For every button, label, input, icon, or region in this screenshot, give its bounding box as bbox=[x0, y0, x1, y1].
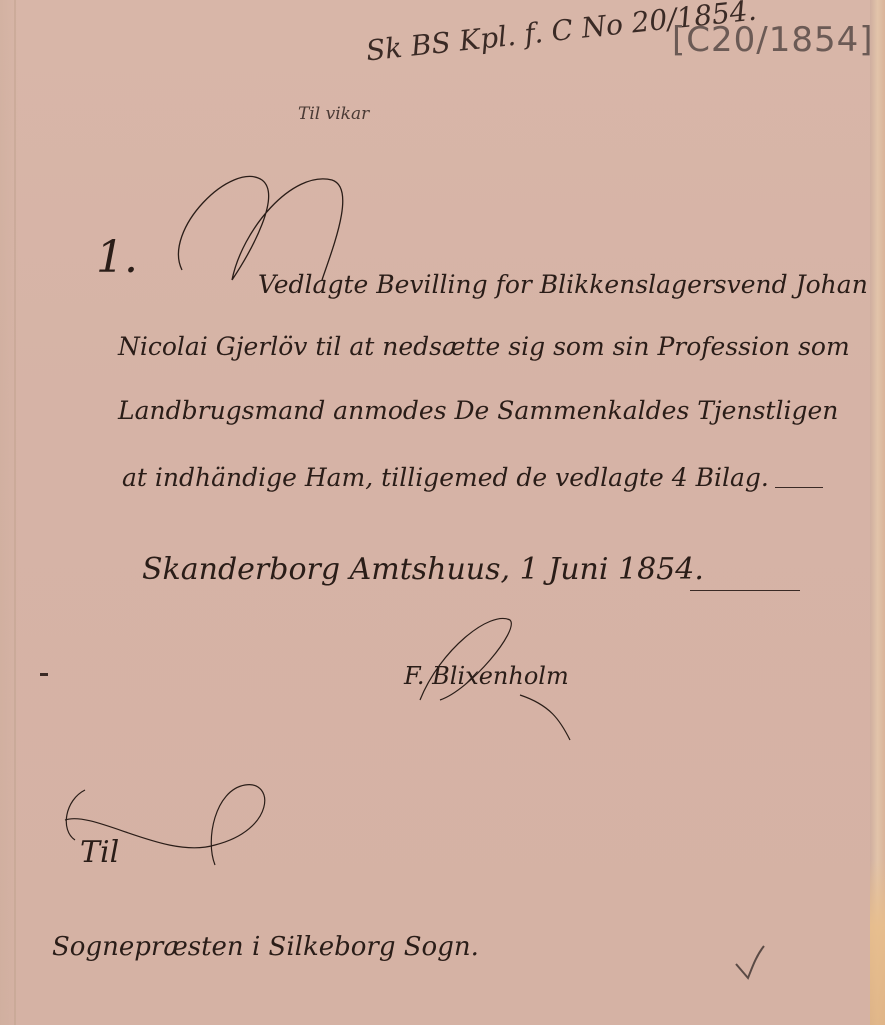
paper-stain bbox=[870, 860, 885, 1025]
document-page: Sk BS Kpl. f. C No 20/1854. [C20/1854] T… bbox=[0, 0, 885, 1025]
page-fold bbox=[14, 0, 16, 1025]
body-line-3: Landbrugsmand anmodes De Sammenkaldes Tj… bbox=[118, 396, 838, 425]
body-line-4: at indhändige Ham, tilligemed de vedlagt… bbox=[122, 463, 769, 492]
margin-note: Til vikar bbox=[298, 104, 369, 124]
page-edge bbox=[870, 0, 885, 1025]
line-filler bbox=[775, 487, 823, 488]
ink-mark bbox=[40, 673, 48, 676]
signature: F. Blixenholm bbox=[404, 662, 569, 690]
salutation: Til bbox=[80, 835, 119, 870]
line-filler bbox=[690, 590, 800, 591]
body-line-1: Vedlagte Bevilling for Blikkenslagersven… bbox=[258, 270, 868, 299]
archive-reference-pencil: [C20/1854] bbox=[672, 20, 874, 60]
item-number: 1. bbox=[96, 232, 138, 283]
check-mark-icon bbox=[732, 942, 772, 982]
addressee: Sognepræsten i Silkeborg Sogn. bbox=[52, 932, 479, 962]
body-line-2: Nicolai Gjerlöv til at nedsætte sig som … bbox=[118, 332, 850, 361]
place-date: Skanderborg Amtshuus, 1 Juni 1854. bbox=[142, 552, 704, 587]
